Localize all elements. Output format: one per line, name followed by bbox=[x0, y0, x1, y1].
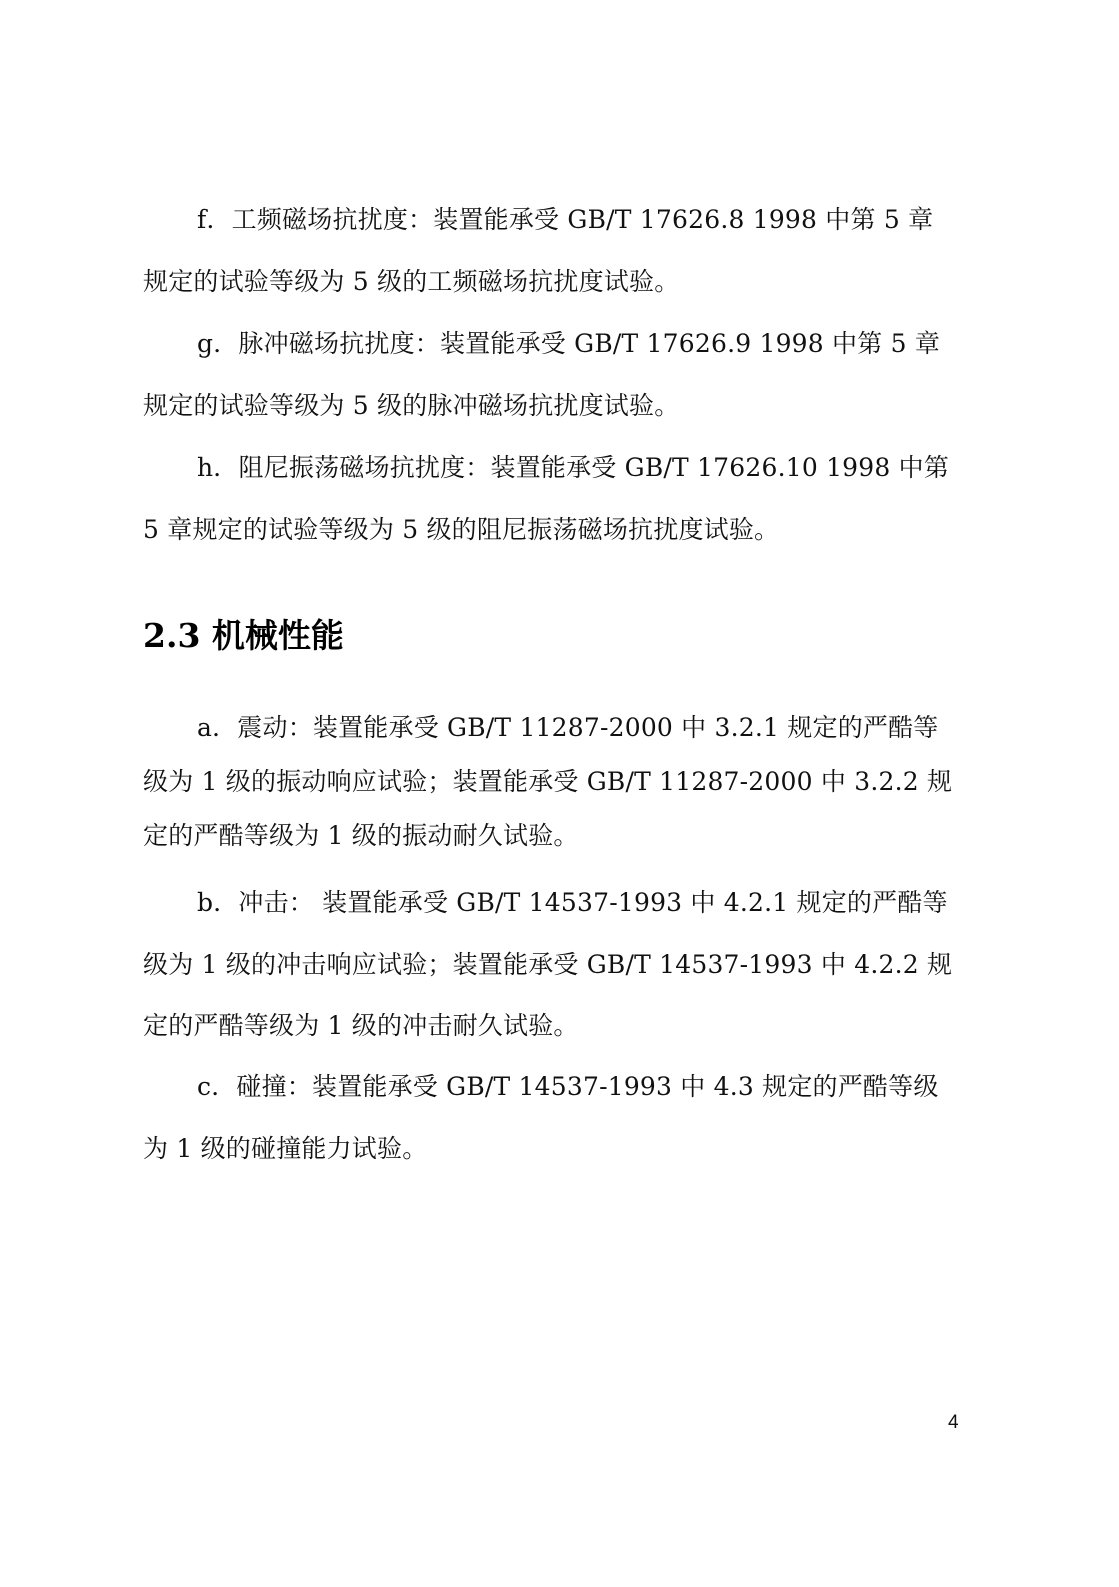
item-g-line-2: 规定的试验等级为 5 级的脉冲磁场抗扰度试验。 bbox=[143, 390, 963, 422]
item-c-line-1: c．碰撞：装置能承受 GB/T 14537-1993 中 4.3 规定的严酷等级 bbox=[197, 1071, 963, 1103]
item-h-line-1: h．阻尼振荡磁场抗扰度：装置能承受 GB/T 17626.10 1998 中第 bbox=[197, 452, 963, 484]
item-b-line-1: b．冲击： 装置能承受 GB/T 14537-1993 中 4.2.1 规定的严… bbox=[197, 887, 963, 919]
item-b-line-3: 定的严酷等级为 1 级的冲击耐久试验。 bbox=[143, 1010, 963, 1042]
page-number: 4 bbox=[948, 1411, 959, 1435]
section-heading-2-3: 2.3 机械性能 bbox=[143, 614, 344, 658]
item-a-line-1: a．震动：装置能承受 GB/T 11287-2000 中 3.2.1 规定的严酷… bbox=[197, 712, 963, 744]
item-f-line-2: 规定的试验等级为 5 级的工频磁场抗扰度试验。 bbox=[143, 266, 963, 298]
item-a-line-2: 级为 1 级的振动响应试验；装置能承受 GB/T 11287-2000 中 3.… bbox=[143, 766, 963, 798]
document-page: f．工频磁场抗扰度：装置能承受 GB/T 17626.8 1998 中第 5 章… bbox=[0, 0, 1119, 1587]
item-h-line-2: 5 章规定的试验等级为 5 级的阻尼振荡磁场抗扰度试验。 bbox=[143, 514, 963, 546]
item-c-line-2: 为 1 级的碰撞能力试验。 bbox=[143, 1133, 963, 1165]
item-b-line-2: 级为 1 级的冲击响应试验；装置能承受 GB/T 14537-1993 中 4.… bbox=[143, 949, 963, 981]
item-g-line-1: g．脉冲磁场抗扰度：装置能承受 GB/T 17626.9 1998 中第 5 章 bbox=[197, 328, 963, 360]
item-a-line-3: 定的严酷等级为 1 级的振动耐久试验。 bbox=[143, 820, 963, 852]
item-f-line-1: f．工频磁场抗扰度：装置能承受 GB/T 17626.8 1998 中第 5 章 bbox=[197, 204, 963, 236]
